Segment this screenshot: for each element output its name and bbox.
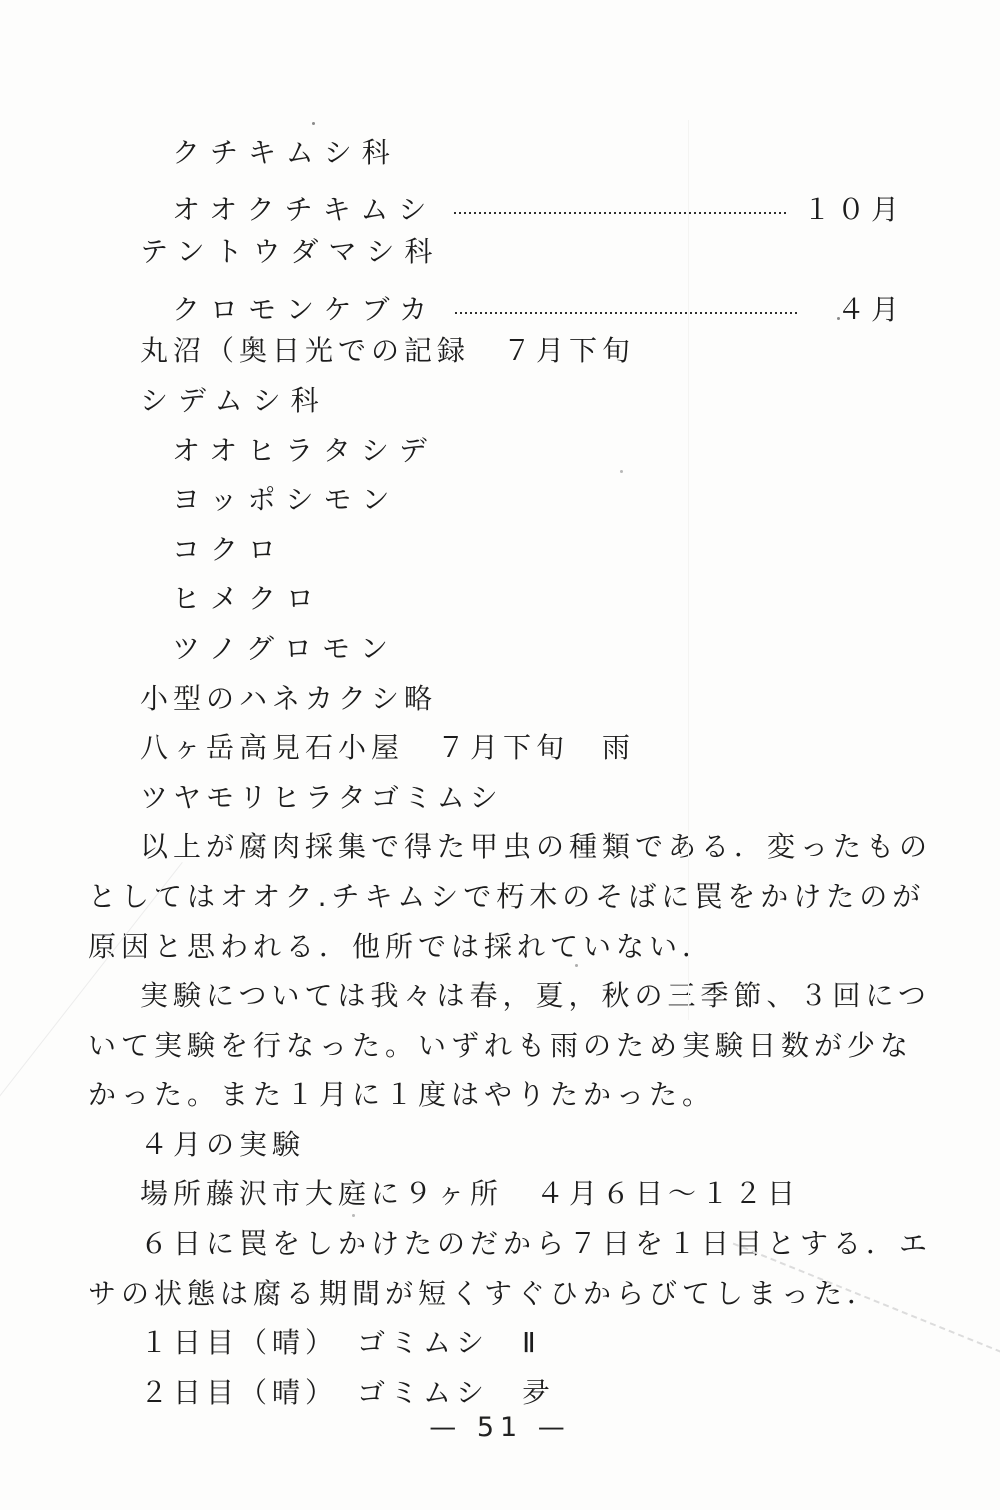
text-line: クチキムシ科 (0, 136, 1000, 186)
text-line: ６日に罠をしかけたのだから７日を１日目とする．エ (0, 1227, 1000, 1277)
species-name: オオクチキムシ (172, 193, 436, 227)
text-line: 小型のハネカクシ略 (0, 682, 1000, 732)
text-line: ツノグロモン (0, 632, 1000, 682)
text-line: ヨッポシモン (0, 483, 1000, 533)
species-leader-line: クロモンケブカ ４月 (0, 285, 1000, 335)
text-line: 場所藤沢市大庭に９ヶ所 ４月６日～１２日 (0, 1177, 1000, 1227)
text-line: １日目（晴） ゴミムシ Ⅱ (0, 1326, 1000, 1376)
text-line: 原因と思われる．他所では採れていない． (0, 930, 1000, 980)
text-line: テントウダマシ科 (0, 235, 1000, 285)
text-line: オオヒラタシデ (0, 434, 1000, 484)
month-label: １０月 (803, 193, 905, 227)
species-leader-line: オオクチキムシ １０月 (0, 186, 1000, 236)
text-line: サの状態は腐る期間が短くすぐひからびてしまった． (0, 1277, 1000, 1327)
page-number: — 51 — (0, 1412, 1000, 1443)
text-line: 丸沼（奥日光での記録 ７月下旬 (0, 334, 1000, 384)
text-line: 以上が腐肉採集で得た甲虫の種類である．変ったもの (0, 830, 1000, 880)
text-line: ヒメクロ (0, 582, 1000, 632)
text-line: 八ヶ岳高見石小屋 ７月下旬 雨 (0, 731, 1000, 781)
scanned-document-page: クチキムシ科 オオクチキムシ １０月 テントウダマシ科 クロモンケブカ ４月 丸… (0, 0, 1000, 1510)
text-line: ツヤモリヒラタゴミムシ (0, 781, 1000, 831)
document-text-block: クチキムシ科 オオクチキムシ １０月 テントウダマシ科 クロモンケブカ ４月 丸… (0, 136, 1000, 1425)
dotted-leader (454, 212, 789, 214)
month-label: ４月 (811, 293, 905, 327)
text-line: ４月の実験 (0, 1128, 1000, 1178)
text-line: 実験については我々は春，夏，秋の三季節、３回につ (0, 979, 1000, 1029)
dotted-leader (455, 312, 797, 314)
text-line: シデムシ科 (0, 384, 1000, 434)
text-line: いて実験を行なった。いずれも雨のため実験日数が少な (0, 1029, 1000, 1079)
species-name: クロモンケブカ (172, 293, 437, 327)
text-line: かった。また１月に１度はやりたかった。 (0, 1078, 1000, 1128)
scan-speck (312, 122, 315, 125)
text-line: としてはオオク.チキムシで朽木のそばに罠をかけたのが (0, 880, 1000, 930)
text-line: コクロ (0, 533, 1000, 583)
